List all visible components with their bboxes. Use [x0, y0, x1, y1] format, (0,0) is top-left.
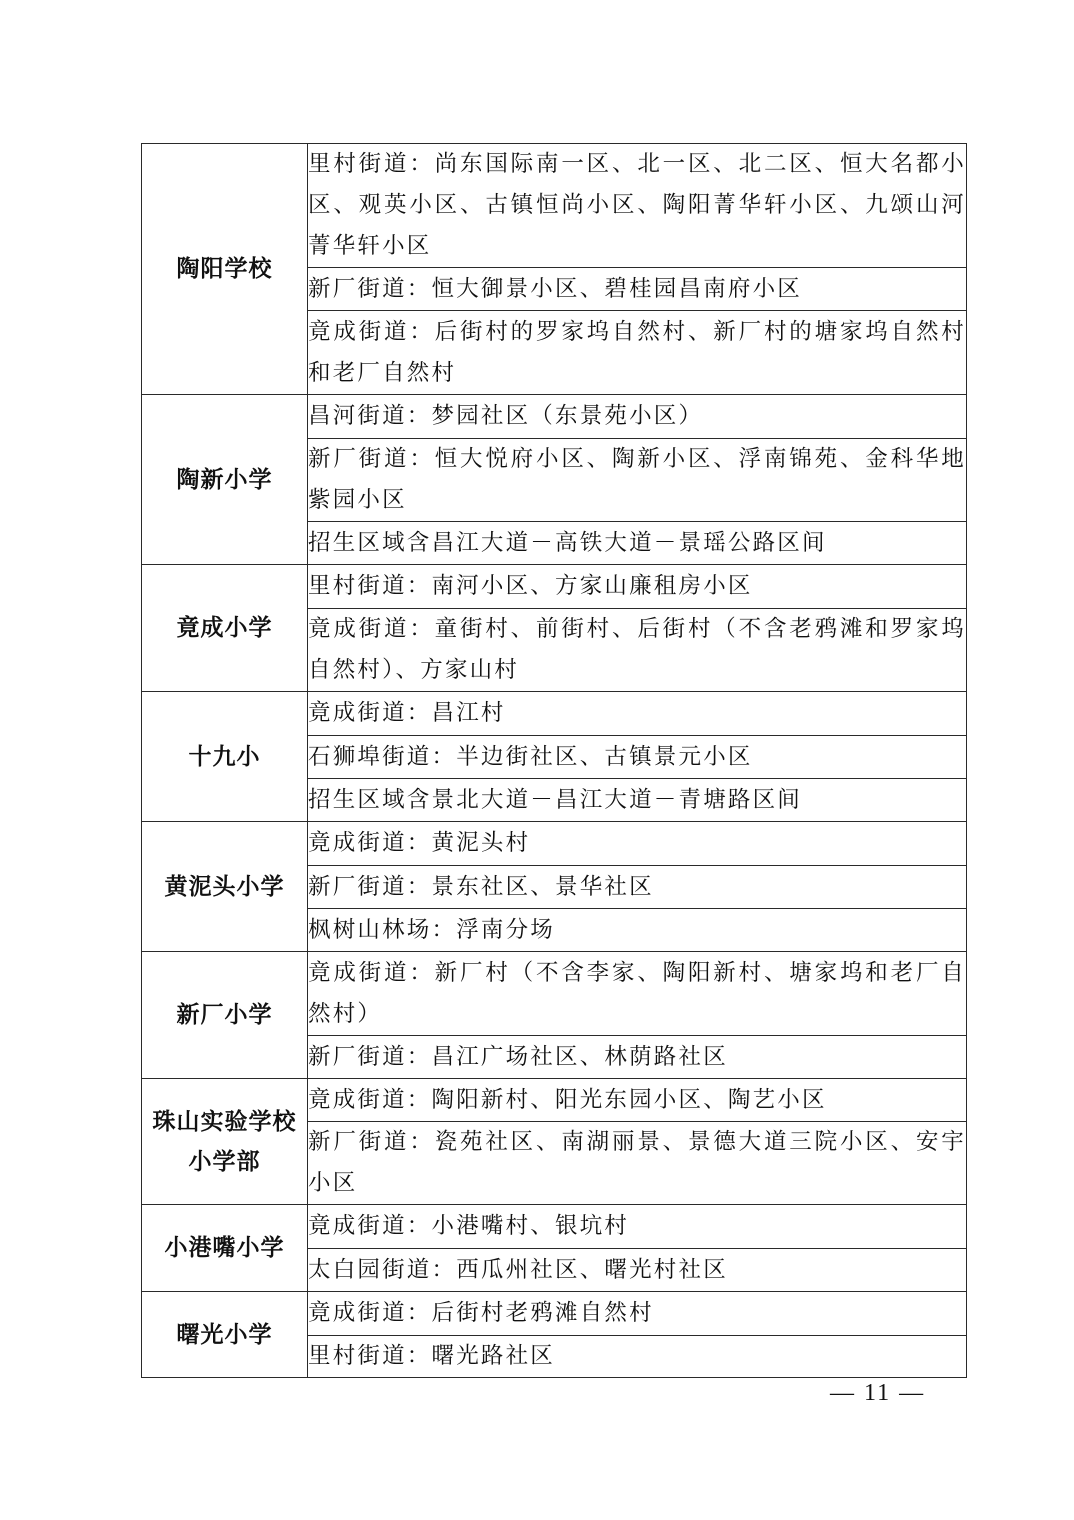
area-cell: 石狮埠街道：半边街社区、古镇景元小区 [308, 736, 967, 779]
area-cell: 新厂街道：景东社区、景华社区 [308, 866, 967, 909]
school-name: 竟成小学 [142, 565, 308, 692]
area-cell: 新厂街道：恒大悦府小区、陶新小区、浮南锦苑、金科华地紫园小区 [308, 439, 967, 522]
table-row: 珠山实验学校 小学部 竟成街道：陶阳新村、阳光东园小区、陶艺小区 [142, 1079, 967, 1122]
table-row: 竟成小学 里村街道：南河小区、方家山廉租房小区 [142, 565, 967, 609]
table-row: 新厂小学 竟成街道：新厂村（不含李家、陶阳新村、塘家坞和老厂自然村） [142, 952, 967, 1036]
area-cell: 新厂街道：昌江广场社区、林荫路社区 [308, 1036, 967, 1079]
area-cell: 新厂街道：瓷苑社区、南湖丽景、景德大道三院小区、安宇小区 [308, 1122, 967, 1205]
table-row: 小港嘴小学 竟成街道：小港嘴村、银坑村 [142, 1205, 967, 1249]
area-cell: 竟成街道：新厂村（不含李家、陶阳新村、塘家坞和老厂自然村） [308, 952, 967, 1036]
table-row: 黄泥头小学 竟成街道：黄泥头村 [142, 822, 967, 866]
area-cell: 招生区域含景北大道－昌江大道－青塘路区间 [308, 779, 967, 822]
school-name-line: 珠山实验学校 [142, 1102, 307, 1142]
area-cell: 里村街道：尚东国际南一区、北一区、北二区、恒大名都小区、观英小区、古镇恒尚小区、… [308, 144, 967, 268]
area-cell: 新厂街道：恒大御景小区、碧桂园昌南府小区 [308, 268, 967, 311]
school-name: 小港嘴小学 [142, 1205, 308, 1292]
table-row: 十九小 竟成街道：昌江村 [142, 692, 967, 736]
area-cell: 太白园街道：西瓜州社区、曙光村社区 [308, 1249, 967, 1292]
area-cell: 竟成街道：童街村、前街村、后街村（不含老鸦滩和罗家坞自然村）、方家山村 [308, 609, 967, 692]
area-cell: 竟成街道：昌江村 [308, 692, 967, 736]
school-name: 曙光小学 [142, 1292, 308, 1378]
school-name-line: 小学部 [142, 1142, 307, 1182]
table-row: 陶阳学校 里村街道：尚东国际南一区、北一区、北二区、恒大名都小区、观英小区、古镇… [142, 144, 967, 268]
area-cell: 招生区域含昌江大道－高铁大道－景瑶公路区间 [308, 522, 967, 565]
area-cell: 竟成街道：黄泥头村 [308, 822, 967, 866]
area-cell: 里村街道：曙光路社区 [308, 1336, 967, 1378]
school-name: 陶新小学 [142, 395, 308, 565]
area-cell: 昌河街道：梦园社区（东景苑小区） [308, 395, 967, 439]
school-zone-table: 陶阳学校 里村街道：尚东国际南一区、北一区、北二区、恒大名都小区、观英小区、古镇… [141, 143, 967, 1378]
area-cell: 枫树山林场：浮南分场 [308, 909, 967, 952]
area-cell: 竟成街道：后街村老鸦滩自然村 [308, 1292, 967, 1336]
school-name: 十九小 [142, 692, 308, 822]
table-row: 陶新小学 昌河街道：梦园社区（东景苑小区） [142, 395, 967, 439]
school-name: 新厂小学 [142, 952, 308, 1079]
document-page: 陶阳学校 里村街道：尚东国际南一区、北一区、北二区、恒大名都小区、观英小区、古镇… [0, 0, 1074, 1520]
table-row: 曙光小学 竟成街道：后街村老鸦滩自然村 [142, 1292, 967, 1336]
area-cell: 竟成街道：陶阳新村、阳光东园小区、陶艺小区 [308, 1079, 967, 1122]
area-cell: 竟成街道：小港嘴村、银坑村 [308, 1205, 967, 1249]
area-cell: 竟成街道：后街村的罗家坞自然村、新厂村的塘家坞自然村和老厂自然村 [308, 311, 967, 395]
area-cell: 里村街道：南河小区、方家山廉租房小区 [308, 565, 967, 609]
school-name: 珠山实验学校 小学部 [142, 1079, 308, 1205]
page-number: — 11 — [830, 1380, 925, 1407]
school-name: 黄泥头小学 [142, 822, 308, 952]
school-name: 陶阳学校 [142, 144, 308, 395]
